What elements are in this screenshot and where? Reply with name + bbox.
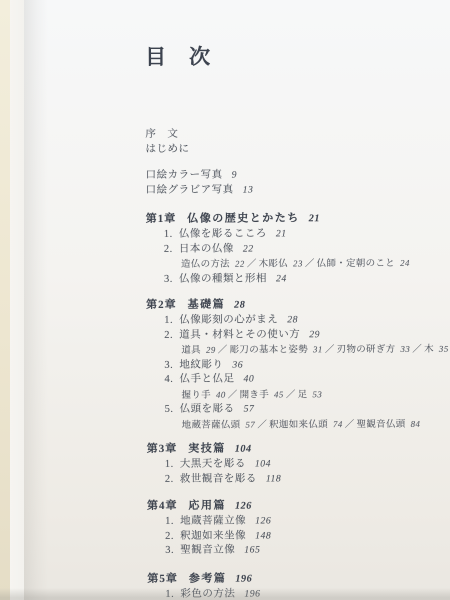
plates-item: 口絵グラビア写真13	[146, 182, 441, 198]
book-page-photo: 目 次 序 文 はじめに 口絵カラー写真9 口絵グラビア写真13 第1章仏像の歴…	[0, 0, 450, 600]
page-number: 118	[266, 473, 281, 484]
toc-item: 4.仏手と仏足40	[146, 372, 441, 388]
separator-slash: ／	[218, 346, 228, 356]
toc-item: 3.地紋彫り36	[146, 357, 441, 373]
subitem-title: 足	[298, 390, 308, 400]
page-number: 165	[244, 545, 260, 556]
item-title: 仏頭を彫る	[180, 404, 235, 415]
toc-item: 2.釈迦如来坐像148	[147, 528, 442, 544]
page-number: 104	[235, 444, 252, 455]
item-title: 道具・材料とその使い方	[179, 329, 300, 341]
chapter-label: 第1章	[146, 213, 177, 225]
page-stack-edge	[10, 0, 24, 600]
item-number: 3.	[164, 272, 179, 287]
chapter-title: 参考篇	[189, 572, 227, 584]
subitem-title: 彫刀の基本と姿勢	[230, 345, 308, 355]
page-number: 28	[234, 300, 245, 311]
item-number: 1.	[164, 314, 179, 329]
toc-subitems: 握り手40／開き手45／足53	[146, 386, 441, 403]
front-matter-item: 序 文	[145, 126, 440, 142]
book-spine-edge	[0, 0, 10, 600]
subitem-title: 仏師・定朝のこと	[317, 259, 395, 269]
front-matter-block: 序 文 はじめに	[145, 126, 440, 157]
page-number: 104	[255, 458, 271, 469]
page-number: 9	[232, 170, 237, 181]
chapter-label: 第5章	[147, 572, 178, 584]
chapter-block: 第2章基礎篇28 1.仏像彫刻の心がまえ28 2.道具・材料とその使い方29 道…	[146, 296, 442, 433]
page-number: 24	[276, 273, 287, 284]
item-number: 5.	[165, 403, 180, 418]
toc-item: 1.仏像を彫るこころ21	[146, 227, 441, 243]
page-number: 126	[255, 515, 271, 526]
item-title: 地紋彫り	[179, 359, 223, 370]
item-number: 2.	[164, 242, 179, 257]
page-number: 28	[287, 314, 298, 325]
toc-page: 目 次 序 文 はじめに 口絵カラー写真9 口絵グラビア写真13 第1章仏像の歴…	[145, 43, 442, 600]
page-number: 31	[313, 344, 323, 354]
subitem-title: 釈迦如来仏頭	[269, 420, 328, 430]
page-number: 33	[400, 344, 410, 354]
chapter-block: 第1章仏像の歴史とかたち21 1.仏像を彫るこころ21 2.日本の仏像22 造仏…	[146, 210, 441, 287]
separator-slash: ／	[228, 390, 238, 400]
item-title: 地蔵菩薩立像	[180, 516, 246, 527]
chapter-label: 第4章	[147, 500, 178, 512]
chapter-title: 仏像の歴史とかたち	[187, 212, 300, 224]
page-number: 84	[411, 418, 421, 428]
chapter-label: 第3章	[147, 443, 178, 455]
item-number: 2.	[165, 529, 180, 544]
item-title: 大黒天を彫る	[180, 459, 246, 470]
toc-item: 2.日本の仏像22	[146, 241, 441, 257]
page-number: 74	[333, 419, 343, 429]
separator-slash: ／	[412, 345, 422, 355]
subitem-title: 造仏の方法	[181, 260, 230, 270]
item-number: 2.	[165, 472, 180, 487]
separator-slash: ／	[325, 345, 335, 355]
page-number: 196	[235, 573, 252, 584]
separator-slash: ／	[247, 260, 257, 270]
chapter-label: 第2章	[146, 299, 177, 311]
plates-block: 口絵カラー写真9 口絵グラビア写真13	[146, 167, 441, 198]
plates-item-label: 口絵カラー写真	[146, 170, 223, 181]
item-title: 釈迦如来坐像	[180, 530, 246, 541]
item-number: 3.	[165, 544, 180, 559]
toc-item: 1.仏像彫刻の心がまえ28	[146, 313, 441, 329]
item-title: 救世観音を彫る	[180, 473, 257, 484]
front-matter-item: はじめに	[145, 141, 440, 157]
toc-item: 2.救世観音を彫る118	[147, 471, 442, 487]
item-number: 1.	[165, 458, 180, 473]
page-number: 35	[439, 344, 449, 354]
page-number: 29	[309, 329, 320, 340]
page-number: 36	[232, 359, 243, 370]
subitem-title: 道具	[181, 346, 201, 356]
page-number: 126	[235, 501, 252, 512]
item-number: 3.	[164, 358, 179, 373]
toc-subitems: 道具29／彫刀の基本と姿勢31／刃物の研ぎ方33／木35	[146, 342, 441, 359]
page-number: 40	[243, 374, 254, 385]
subitem-title: 握り手	[182, 390, 211, 400]
page-number: 22	[235, 259, 245, 269]
page-number: 53	[312, 389, 322, 399]
page-gutter-shadow	[24, 0, 48, 600]
toc-page-title: 目 次	[145, 43, 440, 70]
page-number: 21	[309, 213, 320, 224]
separator-slash: ／	[286, 390, 296, 400]
plates-item-label: 口絵グラビア写真	[146, 185, 234, 196]
subitem-title: 木彫仏	[259, 259, 288, 269]
page-number: 21	[276, 228, 287, 239]
item-number: 1.	[164, 228, 179, 243]
page-number: 29	[206, 345, 216, 355]
chapter-block: 第4章応用篇126 1.地蔵菩薩立像126 2.釈迦如来坐像148 3.聖観音立…	[147, 497, 442, 559]
subitem-title: 木	[424, 345, 434, 355]
page-number: 148	[255, 530, 271, 541]
item-title: 仏像の種類と形相	[179, 273, 267, 284]
page-number: 22	[243, 243, 254, 254]
subitem-title: 開き手	[240, 390, 269, 400]
subitem-title: 刃物の研ぎ方	[337, 345, 396, 355]
item-number: 1.	[165, 515, 180, 530]
item-title: 聖観音立像	[180, 545, 235, 556]
chapter-title: 実技篇	[188, 443, 226, 455]
toc-item: 1.地蔵菩薩立像126	[147, 514, 442, 530]
page-number: 24	[400, 258, 410, 268]
page-number: 13	[243, 185, 254, 196]
separator-slash: ／	[305, 259, 315, 269]
page-number: 57	[245, 419, 255, 429]
chapter-heading: 第1章仏像の歴史とかたち21	[146, 210, 441, 228]
separator-slash: ／	[345, 420, 355, 430]
item-number: 4.	[164, 373, 179, 388]
subitem-title: 地蔵菩薩仏頭	[182, 420, 241, 430]
chapter-block: 第3章実技篇104 1.大黒天を彫る104 2.救世観音を彫る118	[147, 440, 442, 487]
plates-item: 口絵カラー写真9	[146, 167, 441, 183]
toc-subitems: 地蔵菩薩仏頭57／釈迦如来仏頭74／聖観音仏頭84	[147, 416, 442, 433]
toc-item: 5.仏頭を彫る57	[147, 402, 442, 418]
page-number: 45	[274, 389, 284, 399]
chapter-title: 応用篇	[188, 500, 226, 512]
chapter-heading: 第3章実技篇104	[147, 440, 442, 458]
item-title: 日本の仏像	[179, 243, 234, 254]
subitem-title: 聖観音仏頭	[357, 419, 406, 429]
page-number: 40	[216, 389, 226, 399]
toc-subitems: 造仏の方法22／木彫仏23／仏師・定朝のこと24	[146, 256, 441, 273]
item-number: 2.	[164, 328, 179, 343]
item-title: 仏手と仏足	[179, 374, 234, 385]
chapter-heading: 第2章基礎篇28	[146, 296, 441, 314]
toc-item: 3.聖観音立像165	[147, 543, 442, 559]
item-title: 仏像を彫るこころ	[179, 228, 267, 239]
page-bottom-edge-shadow	[0, 588, 450, 600]
page-number: 23	[293, 258, 303, 268]
chapter-heading: 第5章参考篇196	[147, 569, 442, 587]
page-number: 57	[244, 404, 255, 415]
item-title: 仏像彫刻の心がまえ	[179, 314, 278, 325]
separator-slash: ／	[257, 420, 267, 430]
chapter-heading: 第4章応用篇126	[147, 497, 442, 515]
chapter-title: 基礎篇	[188, 299, 226, 311]
toc-item: 2.道具・材料とその使い方29	[146, 327, 441, 343]
toc-item: 3.仏像の種類と形相24	[146, 271, 441, 287]
toc-item: 1.大黒天を彫る104	[147, 457, 442, 473]
